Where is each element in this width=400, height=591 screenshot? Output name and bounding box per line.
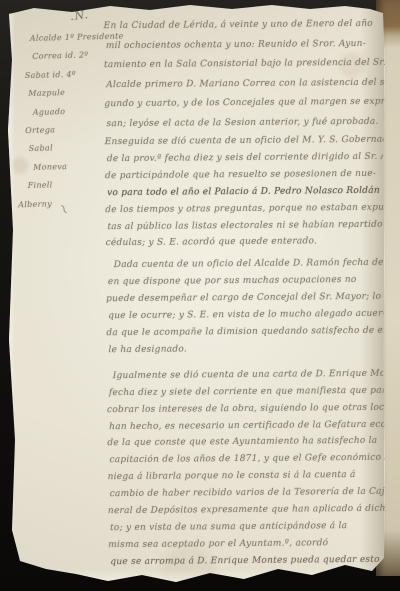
attendee-name: Sabat id. 4º (25, 65, 115, 86)
paragraph: Enseguida se dió cuenta de un oficio del… (105, 132, 368, 253)
attendee-list: Alcalde 1º PresidenteCorrea id. 2ºSabat … (14, 28, 119, 215)
manuscript-line: tamiento en la Sala Consistorial bajo la… (104, 54, 366, 76)
paragraph: Igualmente se dió cuenta de una carta de… (107, 366, 371, 571)
manuscript-line: Alcalde primero D. Mariano Correa con la… (106, 73, 366, 95)
manuscript-page: .N. Alcalde 1º PresidenteCorrea id. 2ºSa… (0, 0, 400, 591)
manuscript-line: Enseguida se dió cuenta de un oficio del… (105, 132, 367, 151)
manuscript-line: de participándole que ha resuelto se pos… (105, 166, 367, 185)
manuscript-line: gundo y cuarto, y de los Concejales que … (104, 93, 366, 115)
manuscript-line: Igualmente se dió cuenta de una carta de… (107, 366, 369, 385)
photo-background: .N. Alcalde 1º PresidenteCorrea id. 2ºSa… (0, 0, 400, 591)
manuscript-line: mil ochocientos ochenta y uno: Reunido e… (106, 34, 366, 56)
attendee-name: Alcalde 1º Presidente (30, 28, 114, 49)
attendee-name: Correa id. 2º (32, 46, 114, 67)
manuscript-line: cobrar los intereses de la obra, siguien… (107, 399, 369, 418)
paragraph: En la Ciudad de Lérida, á veinte y uno d… (104, 15, 367, 134)
manuscript-line: le ha designado. (108, 340, 368, 359)
manuscript-line: que se arrompa á D. Enrique Montes pueda… (110, 552, 370, 571)
manuscript-line: En la Ciudad de Lérida, á veinte y uno d… (104, 15, 366, 37)
torn-bottom-edge (0, 569, 400, 585)
manuscript-line: fecha diez y siete del corriente en que … (109, 383, 369, 402)
manuscript-line: de los tiempos y otras preguntas, porque… (105, 199, 367, 218)
manuscript-line: to; y en vista de una suma que anticipán… (110, 518, 370, 537)
attendee-name: Ortega (25, 120, 116, 141)
manuscript-line: de la prov.ª fecha diez y seis del corri… (107, 149, 367, 168)
manuscript-body: En la Ciudad de Lérida, á veinte y uno d… (104, 15, 371, 571)
manuscript-line: cédulas; y S. E. acordó que quede entera… (105, 233, 367, 252)
paragraph: Dada cuenta de un oficio del Alcalde D. … (106, 255, 369, 359)
attendee-name: Mazpule (28, 83, 115, 104)
attendee-name: Sabal (28, 138, 116, 159)
torn-left-edge (6, 0, 15, 591)
manuscript-line: tas al público las listas electorales ni… (107, 216, 367, 235)
manuscript-line: da que le acompañe la dimision quedando … (106, 323, 368, 342)
manuscript-line: vo para todo el año el Palacio á D. Pedr… (107, 183, 367, 202)
paraph-mark: .N. (69, 8, 89, 23)
manuscript-line: san; leyóse el acta de la Sesion anterio… (106, 112, 366, 134)
